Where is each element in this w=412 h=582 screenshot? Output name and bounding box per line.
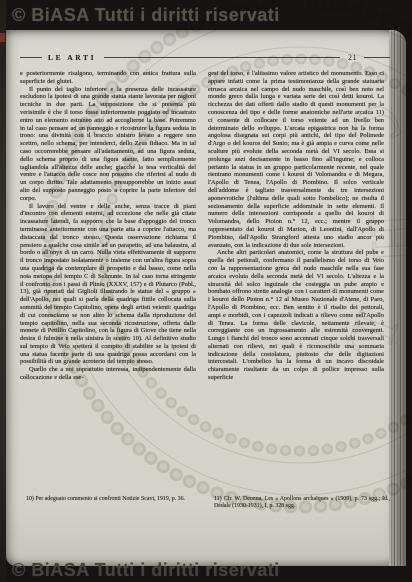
footnote-right: 11) Cfr. W. Deonna, Les « Apollons archa…	[214, 496, 390, 510]
journal-title: LE ARTI	[48, 53, 96, 62]
paragraph: Il lavoro del ventre e delle anche, senz…	[20, 203, 196, 367]
running-header: LE ARTI 21	[20, 51, 390, 63]
header-rule-lead	[20, 57, 42, 58]
scanned-book-page: LE ARTI 21 e posteriormente risalgono, t…	[0, 0, 412, 582]
paragraph: Il punto del taglio inferiore e la prese…	[20, 86, 196, 203]
scanner-black-band-top	[0, 0, 412, 30]
text-columns: e posteriormente risalgono, terminando c…	[20, 70, 384, 462]
header-rule-middle	[104, 57, 340, 58]
paragraph: Quello che a noi soprattutto interessa, …	[20, 366, 196, 382]
page-paper: LE ARTI 21 e posteriormente risalgono, t…	[6, 30, 406, 566]
paragraph: gesi del torso, è l'altissimo valore art…	[208, 70, 384, 249]
header-rule-tail	[364, 57, 390, 58]
scanner-black-band-bottom	[0, 566, 412, 582]
text-column-right: gesi del torso, è l'altissimo valore art…	[208, 70, 384, 462]
paragraph: e posteriormente risalgono, terminando c…	[20, 70, 196, 86]
book-spine-edge	[0, 0, 6, 582]
red-edge-mark	[0, 33, 5, 42]
text-column-left: e posteriormente risalgono, terminando c…	[20, 70, 196, 462]
fore-edge-page-stack	[389, 30, 406, 566]
paragraph: Anche altri particolari anatomici, come …	[208, 249, 384, 382]
footnote-left: 10) Per adeguato commento si confronti N…	[26, 496, 202, 503]
page-number: 21	[348, 53, 357, 62]
